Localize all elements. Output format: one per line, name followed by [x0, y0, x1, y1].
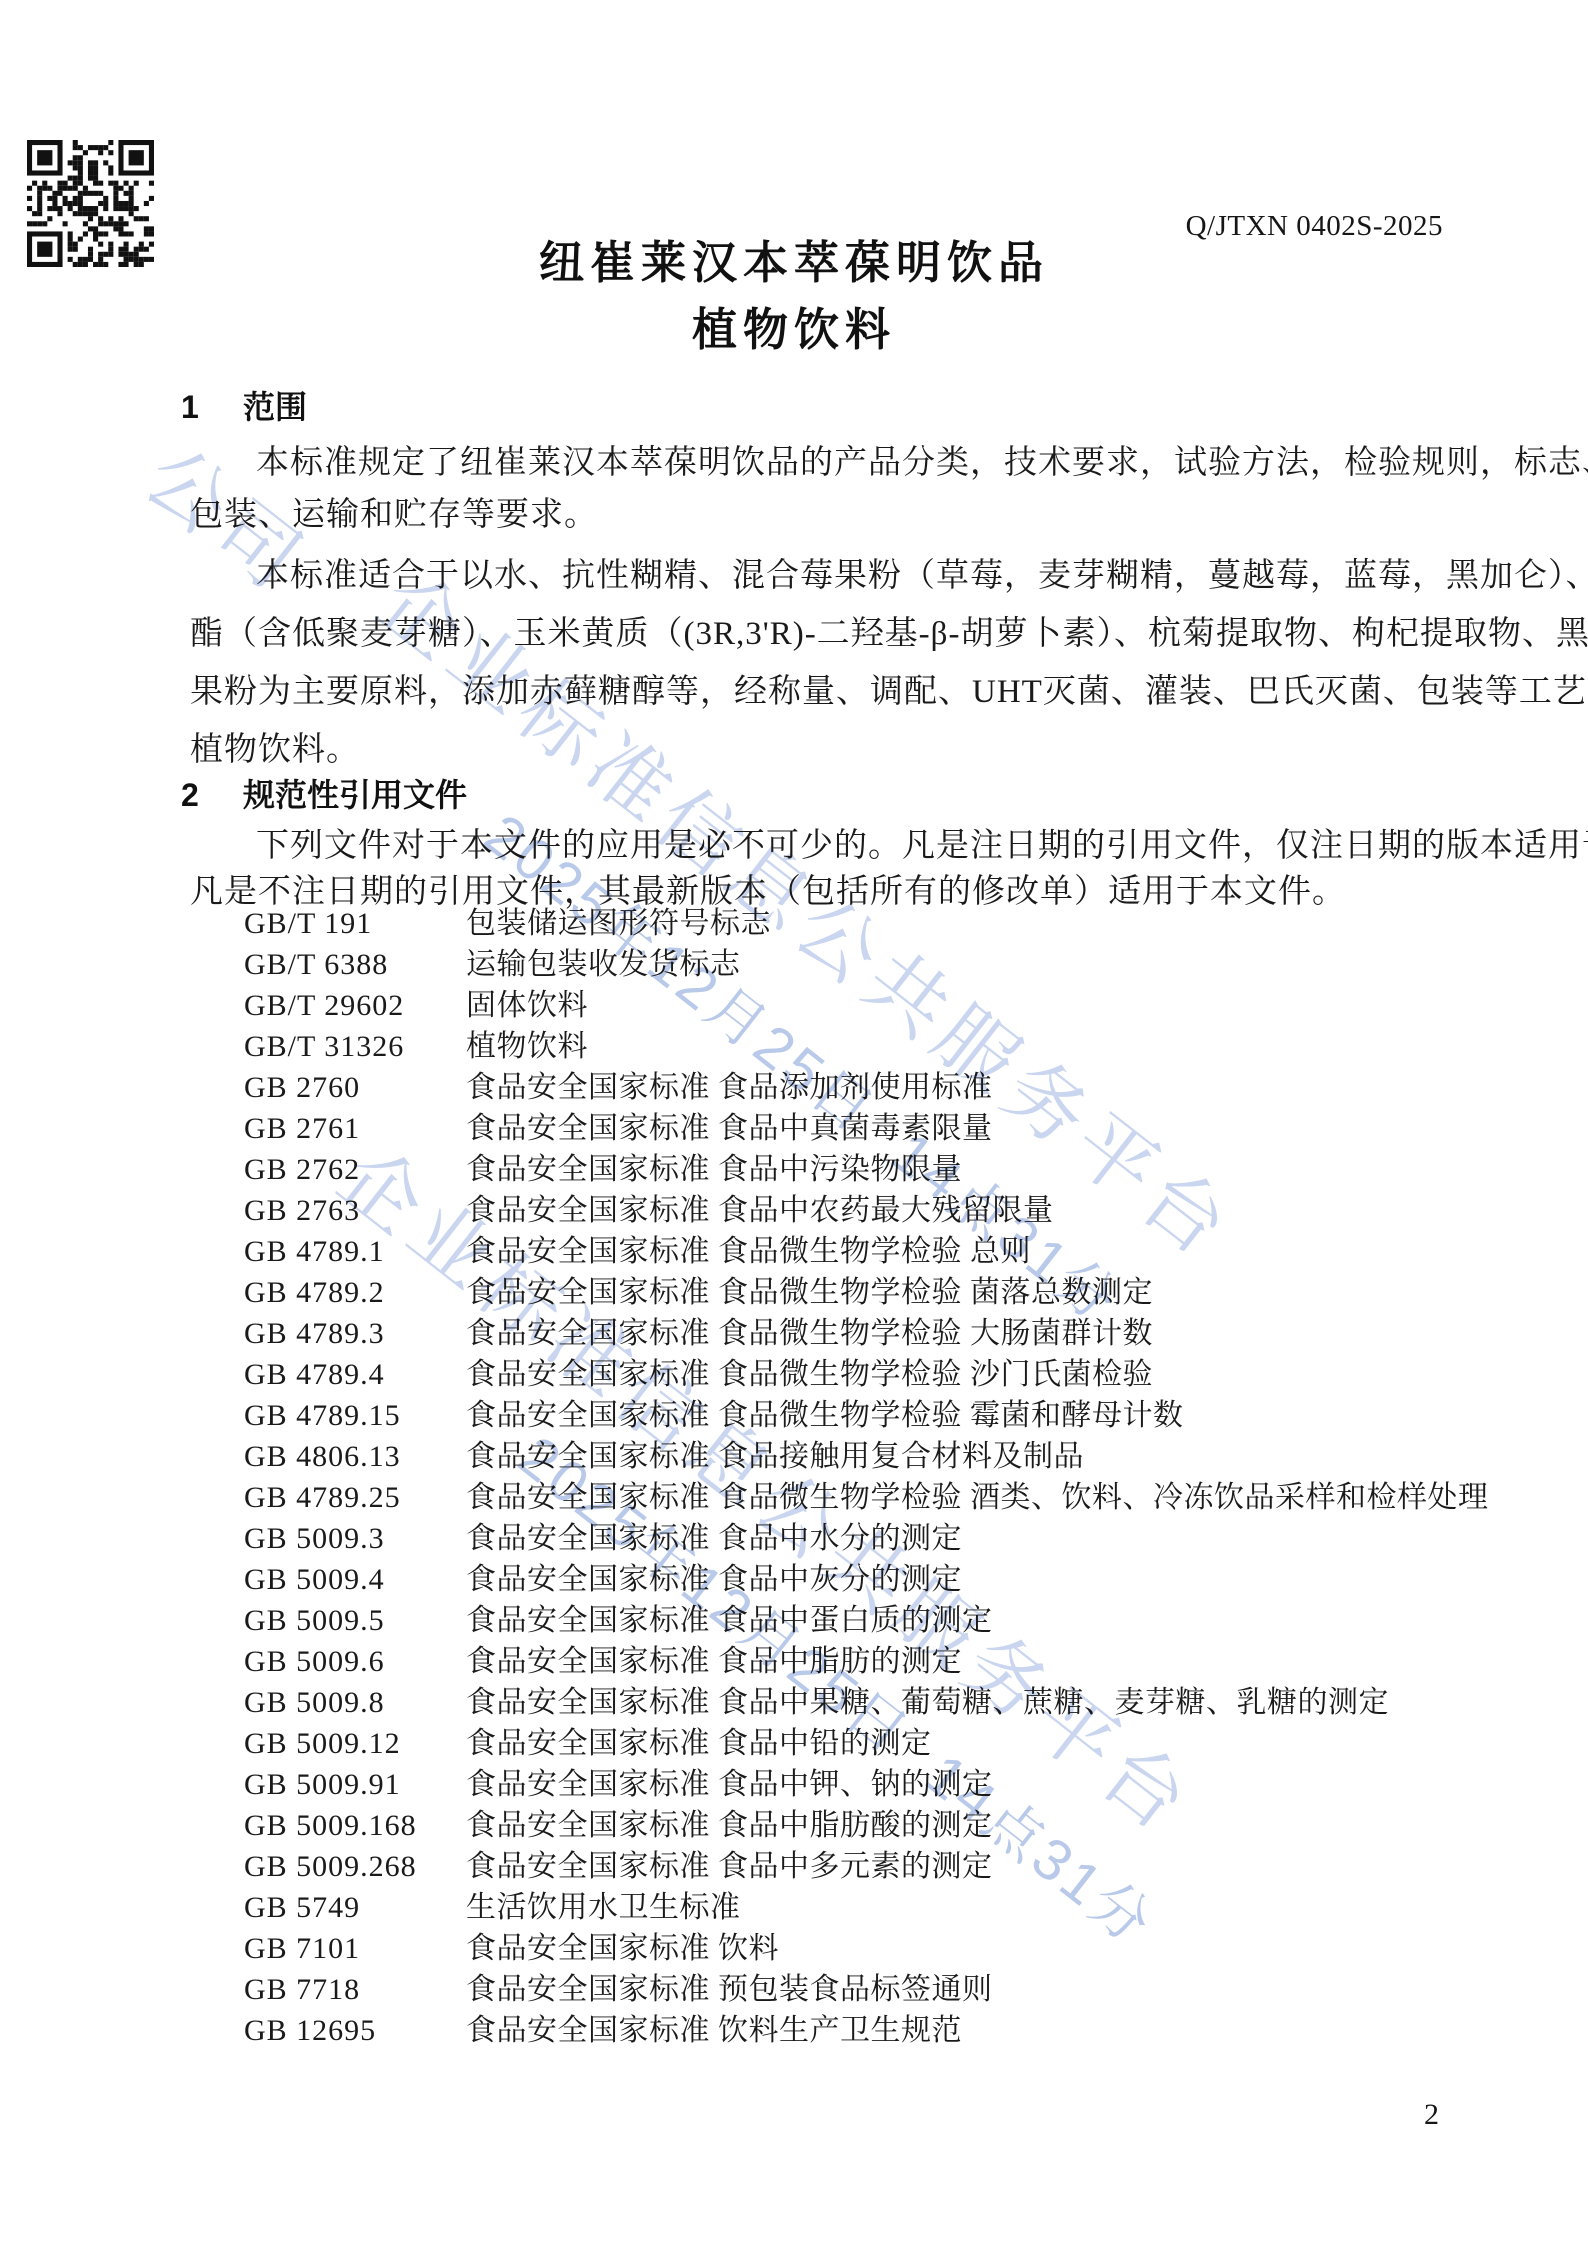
reference-title: 食品安全国家标准 食品中真菌毒素限量 — [466, 1112, 993, 1145]
reference-row: GB 4789.15食品安全国家标准 食品微生物学检验 霉菌和酵母计数 — [244, 1397, 1534, 1438]
reference-row: GB 5009.8食品安全国家标准 食品中果糖、葡萄糖、蔗糖、麦芽糖、乳糖的测定 — [244, 1684, 1534, 1725]
reference-title: 食品安全国家标准 食品微生物学检验 霉菌和酵母计数 — [466, 1399, 1184, 1432]
document-title-line1: 纽崔莱汉本萃葆明饮品 — [0, 226, 1588, 291]
reference-code: GB 5009.168 — [244, 1807, 466, 1845]
reference-code: GB 4789.3 — [244, 1315, 466, 1353]
reference-row: GB 12695食品安全国家标准 饮料生产卫生规范 — [244, 2012, 1534, 2053]
reference-row: GB/T 31326植物饮料 — [244, 1028, 1534, 1069]
reference-title: 固体饮料 — [466, 989, 588, 1022]
reference-title: 运输包装收发货标志 — [466, 948, 741, 981]
reference-row: GB 2760食品安全国家标准 食品添加剂使用标准 — [244, 1069, 1534, 1110]
reference-code: GB 5009.268 — [244, 1848, 466, 1886]
reference-title: 植物饮料 — [466, 1030, 588, 1063]
reference-row: GB 5749生活饮用水卫生标准 — [244, 1889, 1534, 1930]
reference-title: 食品安全国家标准 食品中果糖、葡萄糖、蔗糖、麦芽糖、乳糖的测定 — [466, 1686, 1389, 1719]
reference-code: GB 5009.8 — [244, 1684, 466, 1722]
reference-row: GB/T 6388运输包装收发货标志 — [244, 946, 1534, 987]
reference-row: GB 5009.4食品安全国家标准 食品中灰分的测定 — [244, 1561, 1534, 1602]
reference-code: GB 5009.6 — [244, 1643, 466, 1681]
reference-row: GB 2763食品安全国家标准 食品中农药最大残留限量 — [244, 1192, 1534, 1233]
reference-code: GB 5009.91 — [244, 1766, 466, 1804]
reference-code: GB 5009.12 — [244, 1725, 466, 1763]
reference-title: 食品安全国家标准 食品微生物学检验 沙门氏菌检验 — [466, 1358, 1153, 1391]
reference-row: GB 4789.25食品安全国家标准 食品微生物学检验 酒类、饮料、冷冻饮品采样… — [244, 1479, 1534, 1520]
reference-code: GB 2761 — [244, 1110, 466, 1148]
paragraph-line: 本标准适合于以水、抗性糊精、混合莓果粉（草莓，麦芽糊精，蔓越莓，蓝莓，黑加仑）、… — [190, 551, 1502, 609]
reference-row: GB 4789.4食品安全国家标准 食品微生物学检验 沙门氏菌检验 — [244, 1356, 1534, 1397]
reference-code: GB 7101 — [244, 1930, 466, 1968]
reference-row: GB/T 191包装储运图形符号标志 — [244, 905, 1534, 946]
reference-code: GB 2762 — [244, 1151, 466, 1189]
reference-code: GB 5749 — [244, 1889, 466, 1927]
reference-code: GB 5009.3 — [244, 1520, 466, 1558]
reference-title: 食品安全国家标准 食品中蛋白质的测定 — [466, 1604, 993, 1637]
paragraph-line: 本标准规定了纽崔莱汉本萃葆明饮品的产品分类，技术要求，试验方法，检验规则，标志、… — [190, 440, 1502, 492]
section-2-number: 2 — [181, 777, 243, 814]
reference-row: GB 4806.13食品安全国家标准 食品接触用复合材料及制品 — [244, 1438, 1534, 1479]
paragraph-line: 酯（含低聚麦芽糖）、玉米黄质（(3R,3'R)-二羟基-β-胡萝卜素）、杭菊提取… — [190, 609, 1502, 667]
reference-row: GB 5009.91食品安全国家标准 食品中钾、钠的测定 — [244, 1766, 1534, 1807]
document-title-line2: 植物饮料 — [0, 293, 1588, 358]
reference-row: GB 4789.3食品安全国家标准 食品微生物学检验 大肠菌群计数 — [244, 1315, 1534, 1356]
document-page: 企业标准信息公共服务平台 2025年12月25日 14点31分 企业标准信息公共… — [0, 0, 1588, 2245]
reference-row: GB 7718食品安全国家标准 预包装食品标签通则 — [244, 1971, 1534, 2012]
reference-code: GB 4806.13 — [244, 1438, 466, 1476]
reference-code: GB 7718 — [244, 1971, 466, 2009]
reference-title: 食品安全国家标准 食品微生物学检验 总则 — [466, 1235, 1031, 1268]
reference-title: 食品安全国家标准 食品微生物学检验 菌落总数测定 — [466, 1276, 1153, 1309]
reference-row: GB 2761食品安全国家标准 食品中真菌毒素限量 — [244, 1110, 1534, 1151]
scope-paragraph-1: 本标准规定了纽崔莱汉本萃葆明饮品的产品分类，技术要求，试验方法，检验规则，标志、… — [190, 440, 1502, 544]
reference-row: GB 4789.2食品安全国家标准 食品微生物学检验 菌落总数测定 — [244, 1274, 1534, 1315]
reference-title: 食品安全国家标准 食品中多元素的测定 — [466, 1850, 993, 1883]
reference-code: GB 12695 — [244, 2012, 466, 2050]
normative-references-list: GB/T 191包装储运图形符号标志GB/T 6388运输包装收发货标志GB/T… — [244, 905, 1534, 2053]
paragraph-line: 包装、运输和贮存等要求。 — [190, 492, 1502, 544]
reference-row: GB 5009.6食品安全国家标准 食品中脂肪的测定 — [244, 1643, 1534, 1684]
reference-title: 食品安全国家标准 食品中脂肪酸的测定 — [466, 1809, 993, 1842]
reference-code: GB 4789.1 — [244, 1233, 466, 1271]
reference-code: GB/T 191 — [244, 905, 466, 943]
reference-row: GB 4789.1食品安全国家标准 食品微生物学检验 总则 — [244, 1233, 1534, 1274]
section-1-number: 1 — [181, 389, 243, 426]
reference-row: GB 5009.3食品安全国家标准 食品中水分的测定 — [244, 1520, 1534, 1561]
reference-title: 食品安全国家标准 饮料 — [466, 1932, 779, 1965]
reference-row: GB/T 29602固体饮料 — [244, 987, 1534, 1028]
reference-row: GB 2762食品安全国家标准 食品中污染物限量 — [244, 1151, 1534, 1192]
reference-title: 食品安全国家标准 食品中水分的测定 — [466, 1522, 962, 1555]
references-intro-paragraph: 下列文件对于本文件的应用是必不可少的。凡是注日期的引用文件，仅注日期的版本适用于… — [190, 824, 1502, 916]
reference-title: 食品安全国家标准 食品添加剂使用标准 — [466, 1071, 993, 1104]
reference-code: GB 2760 — [244, 1069, 466, 1107]
reference-row: GB 5009.168食品安全国家标准 食品中脂肪酸的测定 — [244, 1807, 1534, 1848]
reference-code: GB 4789.2 — [244, 1274, 466, 1312]
reference-title: 食品安全国家标准 食品中灰分的测定 — [466, 1563, 962, 1596]
reference-title: 食品安全国家标准 食品微生物学检验 酒类、饮料、冷冻饮品采样和检样处理 — [466, 1481, 1489, 1514]
reference-row: GB 7101食品安全国家标准 饮料 — [244, 1930, 1534, 1971]
reference-title: 食品安全国家标准 食品中铅的测定 — [466, 1727, 932, 1760]
reference-title: 包装储运图形符号标志 — [466, 907, 771, 940]
reference-title: 食品安全国家标准 食品接触用复合材料及制品 — [466, 1440, 1084, 1473]
scope-paragraph-2: 本标准适合于以水、抗性糊精、混合莓果粉（草莓，麦芽糊精，蔓越莓，蓝莓，黑加仑）、… — [190, 551, 1502, 783]
reference-code: GB 5009.4 — [244, 1561, 466, 1599]
reference-row: GB 5009.5食品安全国家标准 食品中蛋白质的测定 — [244, 1602, 1534, 1643]
reference-title: 食品安全国家标准 食品中污染物限量 — [466, 1153, 962, 1186]
section-1-heading: 1范围 — [181, 382, 307, 428]
reference-title: 食品安全国家标准 食品中农药最大残留限量 — [466, 1194, 1054, 1227]
section-1-title: 范围 — [243, 389, 307, 425]
reference-row: GB 5009.268食品安全国家标准 食品中多元素的测定 — [244, 1848, 1534, 1889]
reference-title: 食品安全国家标准 食品微生物学检验 大肠菌群计数 — [466, 1317, 1153, 1350]
reference-title: 食品安全国家标准 饮料生产卫生规范 — [466, 2014, 962, 2047]
paragraph-line: 下列文件对于本文件的应用是必不可少的。凡是注日期的引用文件，仅注日期的版本适用于… — [190, 824, 1502, 870]
page-number: 2 — [1424, 2098, 1439, 2132]
reference-code: GB 2763 — [244, 1192, 466, 1230]
reference-title: 生活饮用水卫生标准 — [466, 1891, 741, 1924]
reference-code: GB 4789.25 — [244, 1479, 466, 1517]
reference-row: GB 5009.12食品安全国家标准 食品中铅的测定 — [244, 1725, 1534, 1766]
reference-code: GB 4789.4 — [244, 1356, 466, 1394]
reference-title: 食品安全国家标准 预包装食品标签通则 — [466, 1973, 993, 2006]
reference-code: GB/T 29602 — [244, 987, 466, 1025]
paragraph-line: 果粉为主要原料，添加赤藓糖醇等，经称量、调配、UHT灭菌、灌装、巴氏灭菌、包装等… — [190, 667, 1502, 725]
section-2-heading: 2规范性引用文件 — [181, 770, 467, 816]
reference-title: 食品安全国家标准 食品中脂肪的测定 — [466, 1645, 962, 1678]
section-2-title: 规范性引用文件 — [243, 777, 467, 813]
reference-code: GB/T 31326 — [244, 1028, 466, 1066]
reference-code: GB/T 6388 — [244, 946, 466, 984]
reference-code: GB 5009.5 — [244, 1602, 466, 1640]
reference-title: 食品安全国家标准 食品中钾、钠的测定 — [466, 1768, 993, 1801]
reference-code: GB 4789.15 — [244, 1397, 466, 1435]
